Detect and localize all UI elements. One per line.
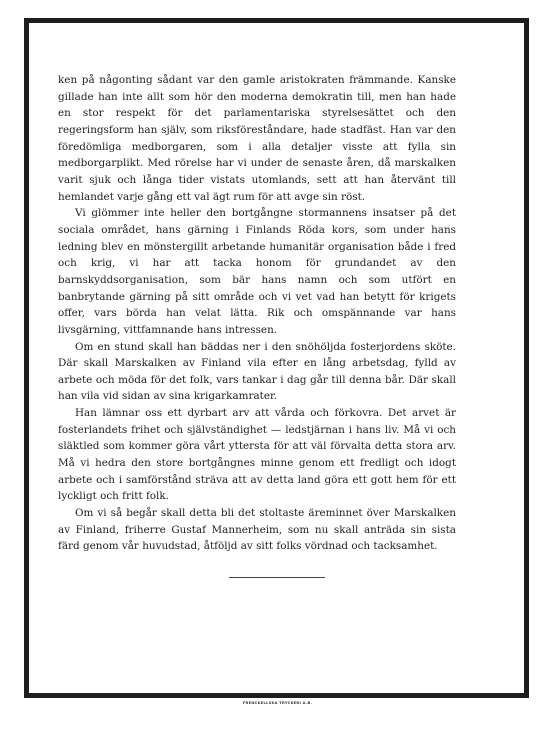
- paragraph-2: Vi glömmer inte heller den bortgångne st…: [58, 205, 456, 338]
- printer-imprint: FRENCKELLSKA TRYCKERI A.B.: [0, 701, 555, 705]
- paragraph-3: Om en stund skall han bäddas ner i den s…: [58, 339, 456, 406]
- body-text: ken på någonting sådant var den gamle ar…: [58, 72, 456, 555]
- paragraph-4: Han lämnar oss ett dyrbart arv att vårda…: [58, 405, 456, 505]
- end-rule-divider: [229, 577, 325, 578]
- paragraph-1: ken på någonting sådant var den gamle ar…: [58, 72, 456, 205]
- paragraph-5: Om vi så begår skall detta bli det stolt…: [58, 505, 456, 555]
